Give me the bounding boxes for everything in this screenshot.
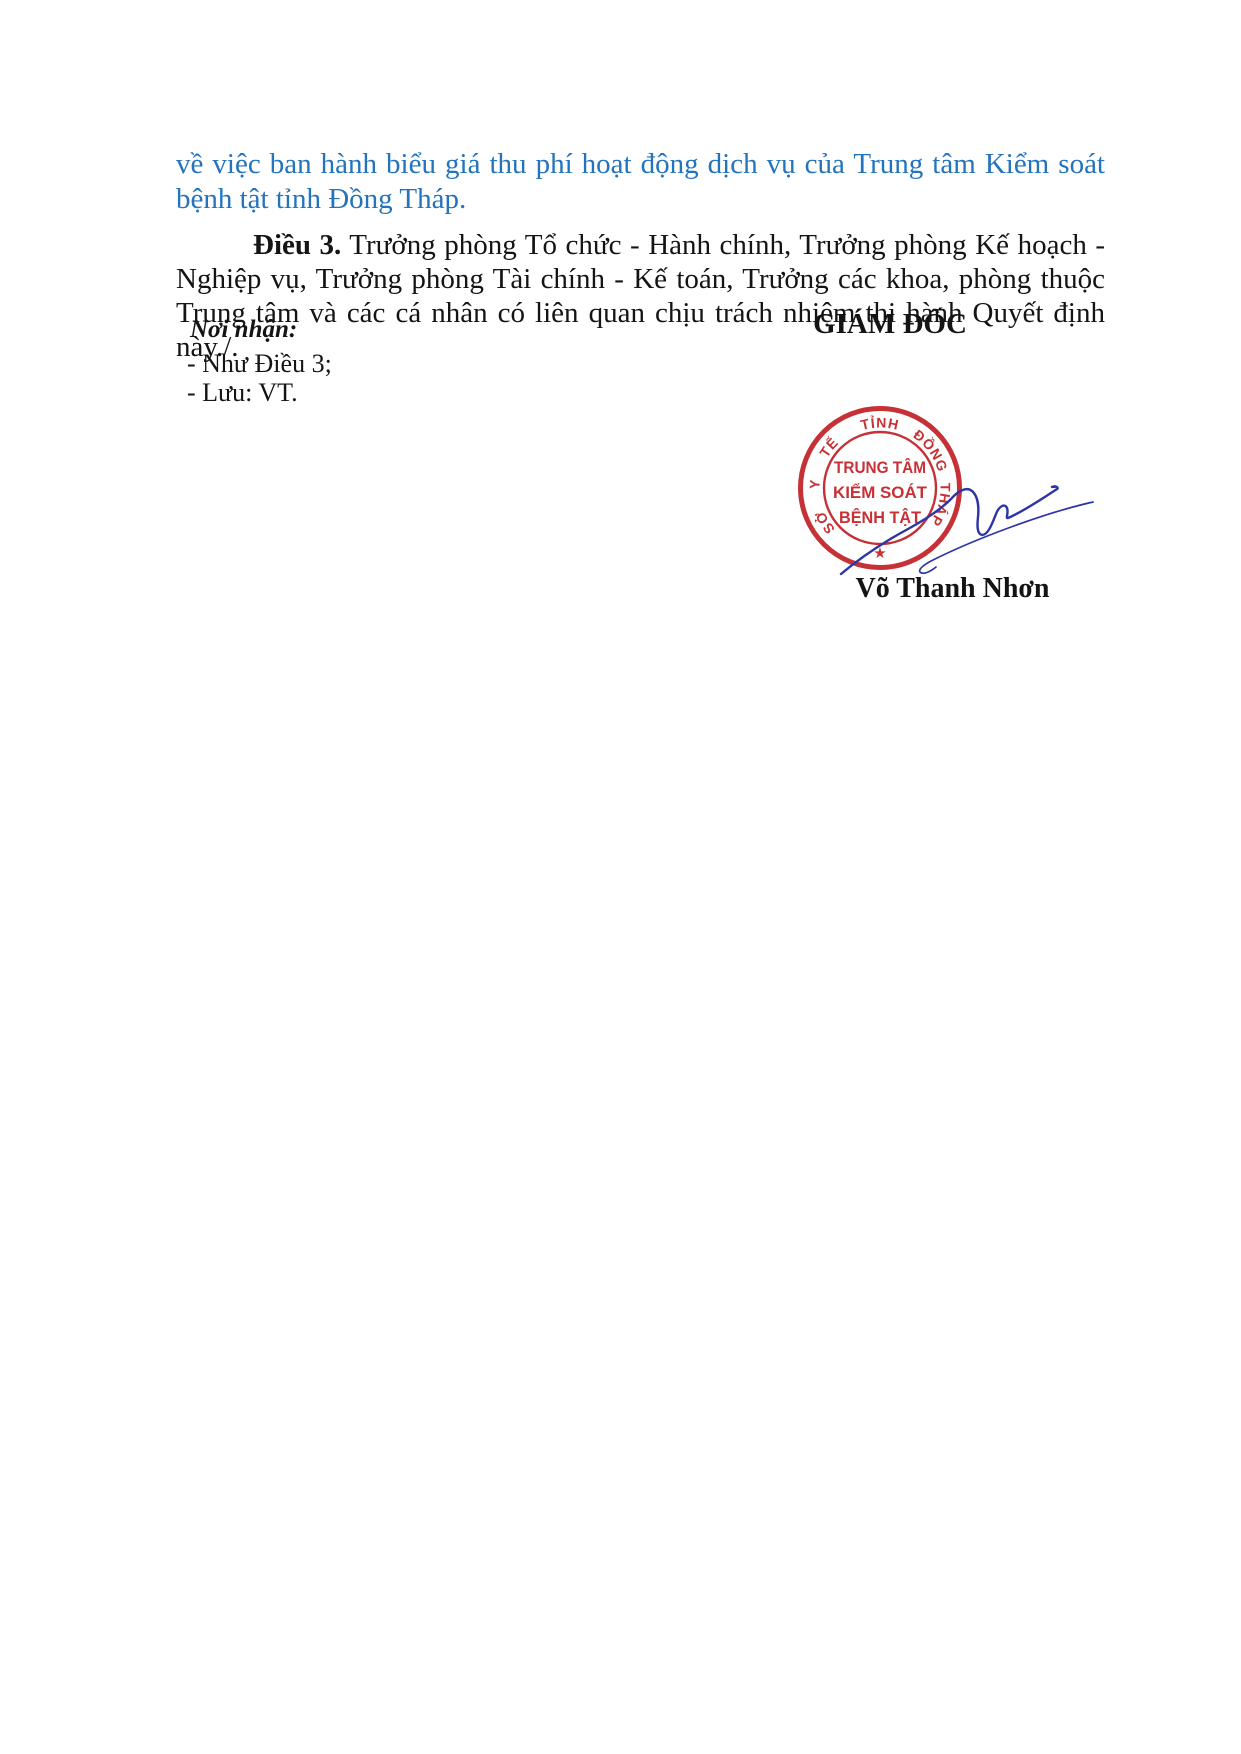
recipients-heading: Nơi nhận:	[190, 316, 527, 344]
recipients-item: - Như Điều 3;	[187, 349, 527, 378]
recipients-block: Nơi nhận: - Như Điều 3; - Lưu: VT.	[187, 316, 527, 407]
signatory-title: GIÁM ĐỐC	[765, 308, 1015, 340]
article-3-label: Điều 3.	[253, 229, 341, 261]
signatory-name: Võ Thanh Nhơn	[845, 573, 1060, 605]
recipients-item: - Lưu: VT.	[187, 378, 527, 407]
subject-line: về việc ban hành biểu giá thu phí hoạt đ…	[176, 147, 1105, 217]
signature-main-stroke	[841, 486, 1058, 574]
document-page: về việc ban hành biểu giá thu phí hoạt đ…	[0, 0, 1241, 1754]
